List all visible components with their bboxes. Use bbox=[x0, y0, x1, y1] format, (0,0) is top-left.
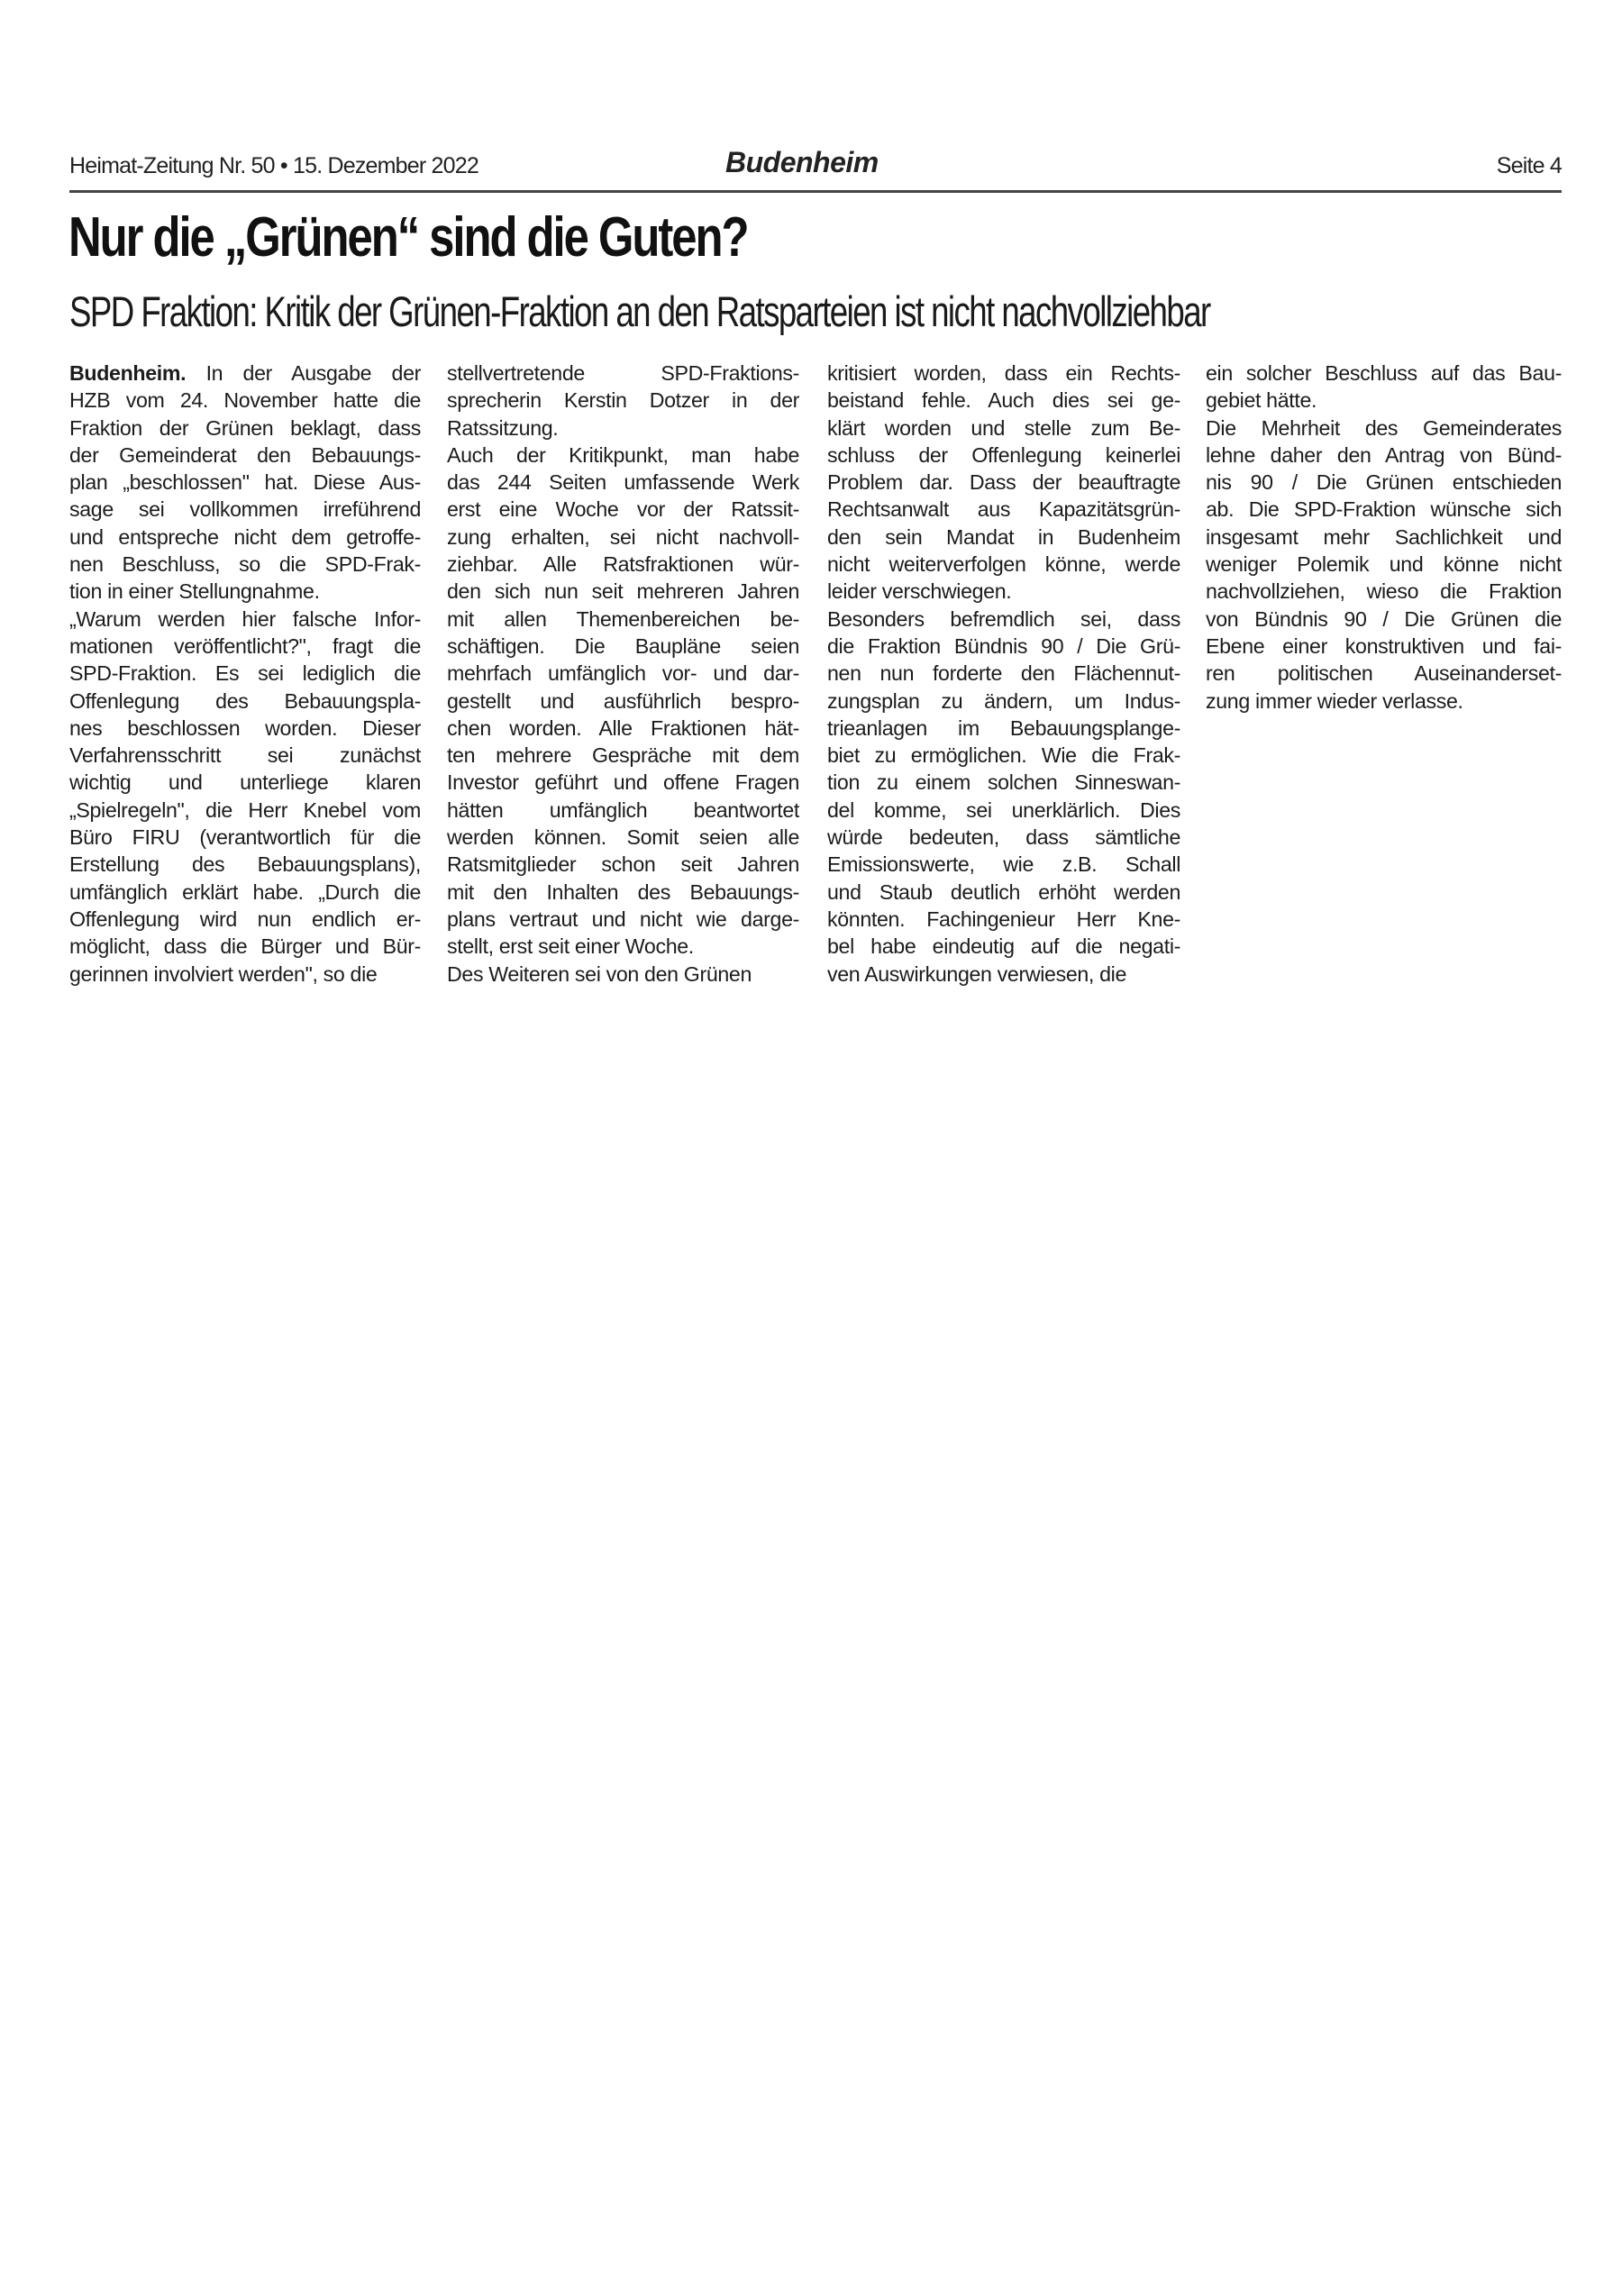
article-line: biet zu ermöglichen. Wie die Frak- bbox=[827, 742, 1180, 769]
article-line: Erstellung des Bebauungsplans), bbox=[69, 851, 421, 878]
article-line: zungsplan zu ändern, um Indus- bbox=[827, 688, 1180, 715]
article-line: Des Weiteren sei von den Grünen bbox=[447, 961, 799, 988]
article-subheadline: SPD Fraktion: Kritik der Grünen-Fraktion… bbox=[69, 287, 1210, 336]
article-line: stellvertretende SPD-Fraktions- bbox=[447, 360, 799, 387]
article-line: zung immer wieder verlasse. bbox=[1206, 688, 1562, 715]
article-line: ten mehrere Gespräche mit dem bbox=[447, 742, 799, 769]
article-line: und entspreche nicht dem getroffe- bbox=[69, 524, 421, 551]
article-line: Ebene einer konstruktiven und fai- bbox=[1206, 633, 1562, 660]
article-line: HZB vom 24. November hatte die bbox=[69, 387, 421, 414]
dateline: Budenheim. bbox=[69, 361, 206, 385]
article-line: die Fraktion Bündnis 90 / Die Grü- bbox=[827, 633, 1180, 660]
section-title: Budenheim bbox=[725, 146, 879, 179]
article-line: mit allen Themenbereichen be- bbox=[447, 606, 799, 633]
article-line: plan „beschlossen" hat. Diese Aus- bbox=[69, 469, 421, 496]
article-line: Offenlegung des Bebauungspla- bbox=[69, 688, 421, 715]
article-line: mehrfach umfänglich vor- und dar- bbox=[447, 660, 799, 687]
article-line: umfänglich erklärt habe. „Durch die bbox=[69, 879, 421, 906]
article-line: von Bündnis 90 / Die Grünen die bbox=[1206, 606, 1562, 633]
article-line: tion zu einem solchen Sinneswan- bbox=[827, 769, 1180, 796]
article-line: insgesamt mehr Sachlichkeit und bbox=[1206, 524, 1562, 551]
article-line: „Warum werden hier falsche Infor- bbox=[69, 606, 421, 633]
article-line: sage sei vollkommen irreführend bbox=[69, 496, 421, 523]
article-headline: Nur die „Grünen“ sind die Guten? bbox=[68, 205, 748, 269]
article-line: ein solcher Beschluss auf das Bau- bbox=[1206, 360, 1562, 387]
article-line: bel habe eindeutig auf die negati- bbox=[827, 933, 1180, 960]
article-line: Büro FIRU (verantwortlich für die bbox=[69, 824, 421, 851]
article-line: stellt, erst seit einer Woche. bbox=[447, 933, 799, 960]
article-line: leider verschwiegen. bbox=[827, 578, 1180, 605]
article-line: Budenheim. In der Ausgabe der bbox=[69, 360, 421, 387]
article-column-3: kritisiert worden, dass ein Rechts-beist… bbox=[827, 360, 1180, 988]
page-header: Heimat-Zeitung Nr. 50 • 15. Dezember 202… bbox=[69, 146, 1562, 186]
article-line: Emissionswerte, wie z.B. Schall bbox=[827, 851, 1180, 878]
article-line: lehne daher den Antrag von Bünd- bbox=[1206, 442, 1562, 469]
article-line: nis 90 / Die Grünen entschieden bbox=[1206, 469, 1562, 496]
article-line: „Spielregeln", die Herr Knebel vom bbox=[69, 797, 421, 824]
article-line: zung erhalten, sei nicht nachvoll- bbox=[447, 524, 799, 551]
article-line: trieanlagen im Bebauungsplange- bbox=[827, 715, 1180, 742]
article-body: Budenheim. In der Ausgabe derHZB vom 24.… bbox=[69, 360, 1562, 1008]
article-line: nachvollziehen, wieso die Fraktion bbox=[1206, 578, 1562, 605]
article-line: mationen veröffentlicht?", fragt die bbox=[69, 633, 421, 660]
article-line: der Gemeinderat den Bebauungs- bbox=[69, 442, 421, 469]
article-line: nen nun forderte den Flächennut- bbox=[827, 660, 1180, 687]
article-line: erst eine Woche vor der Ratssit- bbox=[447, 496, 799, 523]
article-column-4: ein solcher Beschluss auf das Bau-gebiet… bbox=[1206, 360, 1562, 715]
article-line: gebiet hätte. bbox=[1206, 387, 1562, 414]
article-line: hätten umfänglich beantwortet bbox=[447, 797, 799, 824]
article-line: Ratssitzung. bbox=[447, 415, 799, 442]
article-line: del komme, sei unerklärlich. Dies bbox=[827, 797, 1180, 824]
article-line: weniger Polemik und könne nicht bbox=[1206, 551, 1562, 578]
article-line: könnten. Fachingenieur Herr Kne- bbox=[827, 906, 1180, 933]
article-line: nen Beschluss, so die SPD-Frak- bbox=[69, 551, 421, 578]
article-line: gestellt und ausführlich bespro- bbox=[447, 688, 799, 715]
article-line: kritisiert worden, dass ein Rechts- bbox=[827, 360, 1180, 387]
article-line: ziehbar. Alle Ratsfraktionen wür- bbox=[447, 551, 799, 578]
article-line: chen worden. Alle Fraktionen hät- bbox=[447, 715, 799, 742]
article-line: beistand fehle. Auch dies sei ge- bbox=[827, 387, 1180, 414]
article-line: gerinnen involviert werden", so die bbox=[69, 961, 421, 988]
article-line: und Staub deutlich erhöht werden bbox=[827, 879, 1180, 906]
article-line: den sich nun seit mehreren Jahren bbox=[447, 578, 799, 605]
article-line: Rechtsanwalt aus Kapazitätsgrün- bbox=[827, 496, 1180, 523]
article-line: das 244 Seiten umfassende Werk bbox=[447, 469, 799, 496]
article-line: ven Auswirkungen verwiesen, die bbox=[827, 961, 1180, 988]
article-line: Besonders befremdlich sei, dass bbox=[827, 606, 1180, 633]
article-line: tion in einer Stellungnahme. bbox=[69, 578, 421, 605]
article-line: plans vertraut und nicht wie darge- bbox=[447, 906, 799, 933]
article-line: Auch der Kritikpunkt, man habe bbox=[447, 442, 799, 469]
article-line: wichtig und unterliege klaren bbox=[69, 769, 421, 796]
article-line: mit den Inhalten des Bebauungs- bbox=[447, 879, 799, 906]
article-line: Problem dar. Dass der beauftragte bbox=[827, 469, 1180, 496]
article-line: schluss der Offenlegung keinerlei bbox=[827, 442, 1180, 469]
publication-info: Heimat-Zeitung Nr. 50 • 15. Dezember 202… bbox=[69, 153, 478, 179]
article-line: ab. Die SPD-Fraktion wünsche sich bbox=[1206, 496, 1562, 523]
article-line: nicht weiterverfolgen könne, werde bbox=[827, 551, 1180, 578]
article-line: Ratsmitglieder schon seit Jahren bbox=[447, 851, 799, 878]
article-column-2: stellvertretende SPD-Fraktions-sprecheri… bbox=[447, 360, 799, 988]
article-line: SPD-Fraktion. Es sei lediglich die bbox=[69, 660, 421, 687]
article-line: ren politischen Auseinanderset- bbox=[1206, 660, 1562, 687]
article-line: würde bedeuten, dass sämtliche bbox=[827, 824, 1180, 851]
article-line: Fraktion der Grünen beklagt, dass bbox=[69, 415, 421, 442]
article-line: Investor geführt und offene Fragen bbox=[447, 769, 799, 796]
article-line: möglicht, dass die Bürger und Bür- bbox=[69, 933, 421, 960]
article-line: nes beschlossen worden. Dieser bbox=[69, 715, 421, 742]
article-line: den sein Mandat in Budenheim bbox=[827, 524, 1180, 551]
header-divider bbox=[69, 190, 1562, 193]
article-line: sprecherin Kerstin Dotzer in der bbox=[447, 387, 799, 414]
article-line: Verfahrensschritt sei zunächst bbox=[69, 742, 421, 769]
article-line: klärt worden und stelle zum Be- bbox=[827, 415, 1180, 442]
article-line: werden können. Somit seien alle bbox=[447, 824, 799, 851]
article-column-1: Budenheim. In der Ausgabe derHZB vom 24.… bbox=[69, 360, 421, 988]
article-line: Die Mehrheit des Gemeinderates bbox=[1206, 415, 1562, 442]
article-line: Offenlegung wird nun endlich er- bbox=[69, 906, 421, 933]
page-number: Seite 4 bbox=[1497, 153, 1562, 179]
article-line: schäftigen. Die Baupläne seien bbox=[447, 633, 799, 660]
